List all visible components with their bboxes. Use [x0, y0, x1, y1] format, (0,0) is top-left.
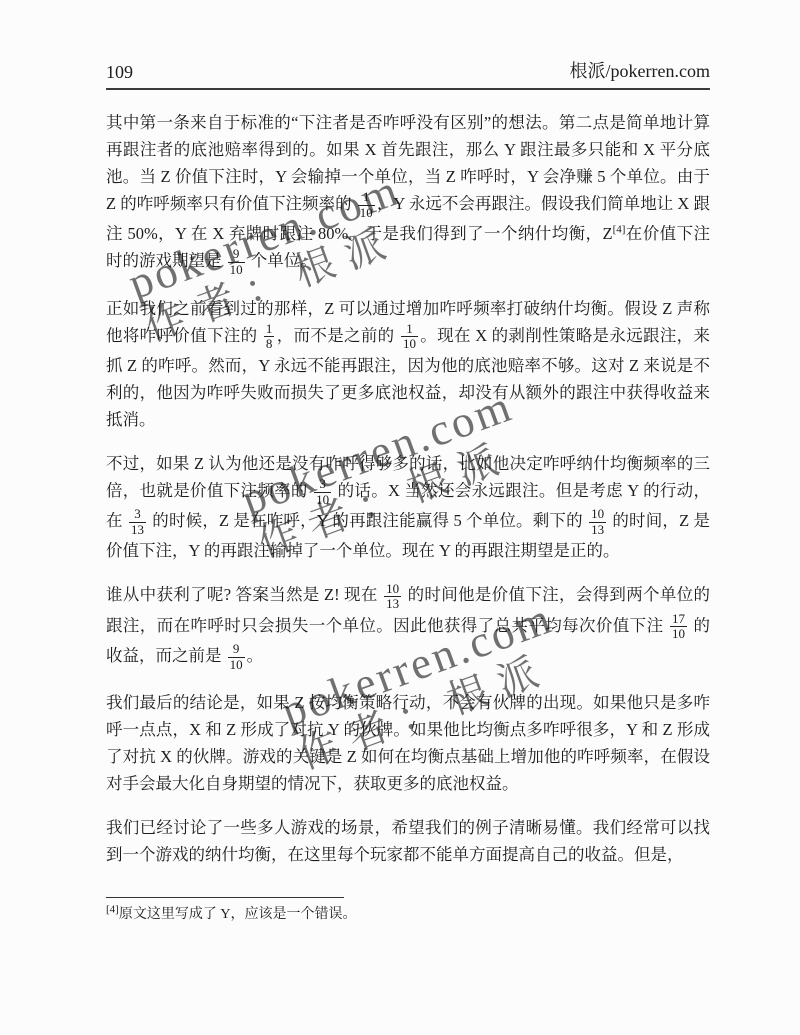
site-name: 根派/pokerren.com — [570, 57, 710, 83]
fraction: 1013 — [589, 507, 606, 537]
footnote: [4]原文这里写成了 Y，应该是一个错误。 — [106, 897, 356, 923]
body-text: 其中第一条来自于标准的“下注者是否咋呼没有区别”的想法。第二点是简单地计算再跟注… — [106, 90, 710, 868]
fraction: 310 — [314, 477, 331, 507]
fraction: 1710 — [670, 612, 687, 642]
page-content: 109 根派/pokerren.com 其中第一条来自于标准的“下注者是否咋呼没… — [106, 0, 710, 868]
page-header: 109 根派/pokerren.com — [106, 0, 710, 90]
fraction: 910 — [228, 642, 245, 672]
footnote-marker: [4] — [106, 903, 119, 915]
paragraph: 我们已经讨论了一些多人游戏的场景，希望我们的例子清晰易懂。我们经常可以找到一个游… — [106, 814, 710, 868]
fraction: 1013 — [384, 582, 401, 612]
footnote-ref: [4] — [613, 224, 626, 236]
footnote-rule — [106, 897, 344, 898]
paragraph: 谁从中获利了呢? 答案当然是 Z! 现在 1013 的时间他是价值下注，会得到两… — [106, 581, 710, 672]
paragraph: 我们最后的结论是，如果 Z 按均衡策略行动，不会有伙牌的出现。如果他只是多咋呼一… — [106, 689, 710, 797]
footnote-text: 原文这里写成了 Y，应该是一个错误。 — [119, 907, 357, 922]
page-number: 109 — [106, 62, 133, 83]
fraction: 110 — [401, 322, 418, 352]
paragraph: 不过，如果 Z 认为他还是没有咋呼得够多的话，比如他决定咋呼纳什均衡频率的三倍，… — [106, 450, 710, 565]
paragraph: 其中第一条来自于标准的“下注者是否咋呼没有区别”的想法。第二点是简单地计算再跟注… — [106, 109, 710, 278]
fraction: 110 — [358, 190, 375, 220]
fraction: 18 — [264, 322, 275, 352]
paragraph: 正如我们之前看到过的那样，Z 可以通过增加咋呼频率打破纳什均衡。假设 Z 声称他… — [106, 295, 710, 433]
fraction: 910 — [228, 247, 245, 277]
document-page: pokerren.com 作者：根派 pokerren.com 作者：根派 po… — [0, 0, 800, 1035]
fraction: 313 — [129, 507, 146, 537]
